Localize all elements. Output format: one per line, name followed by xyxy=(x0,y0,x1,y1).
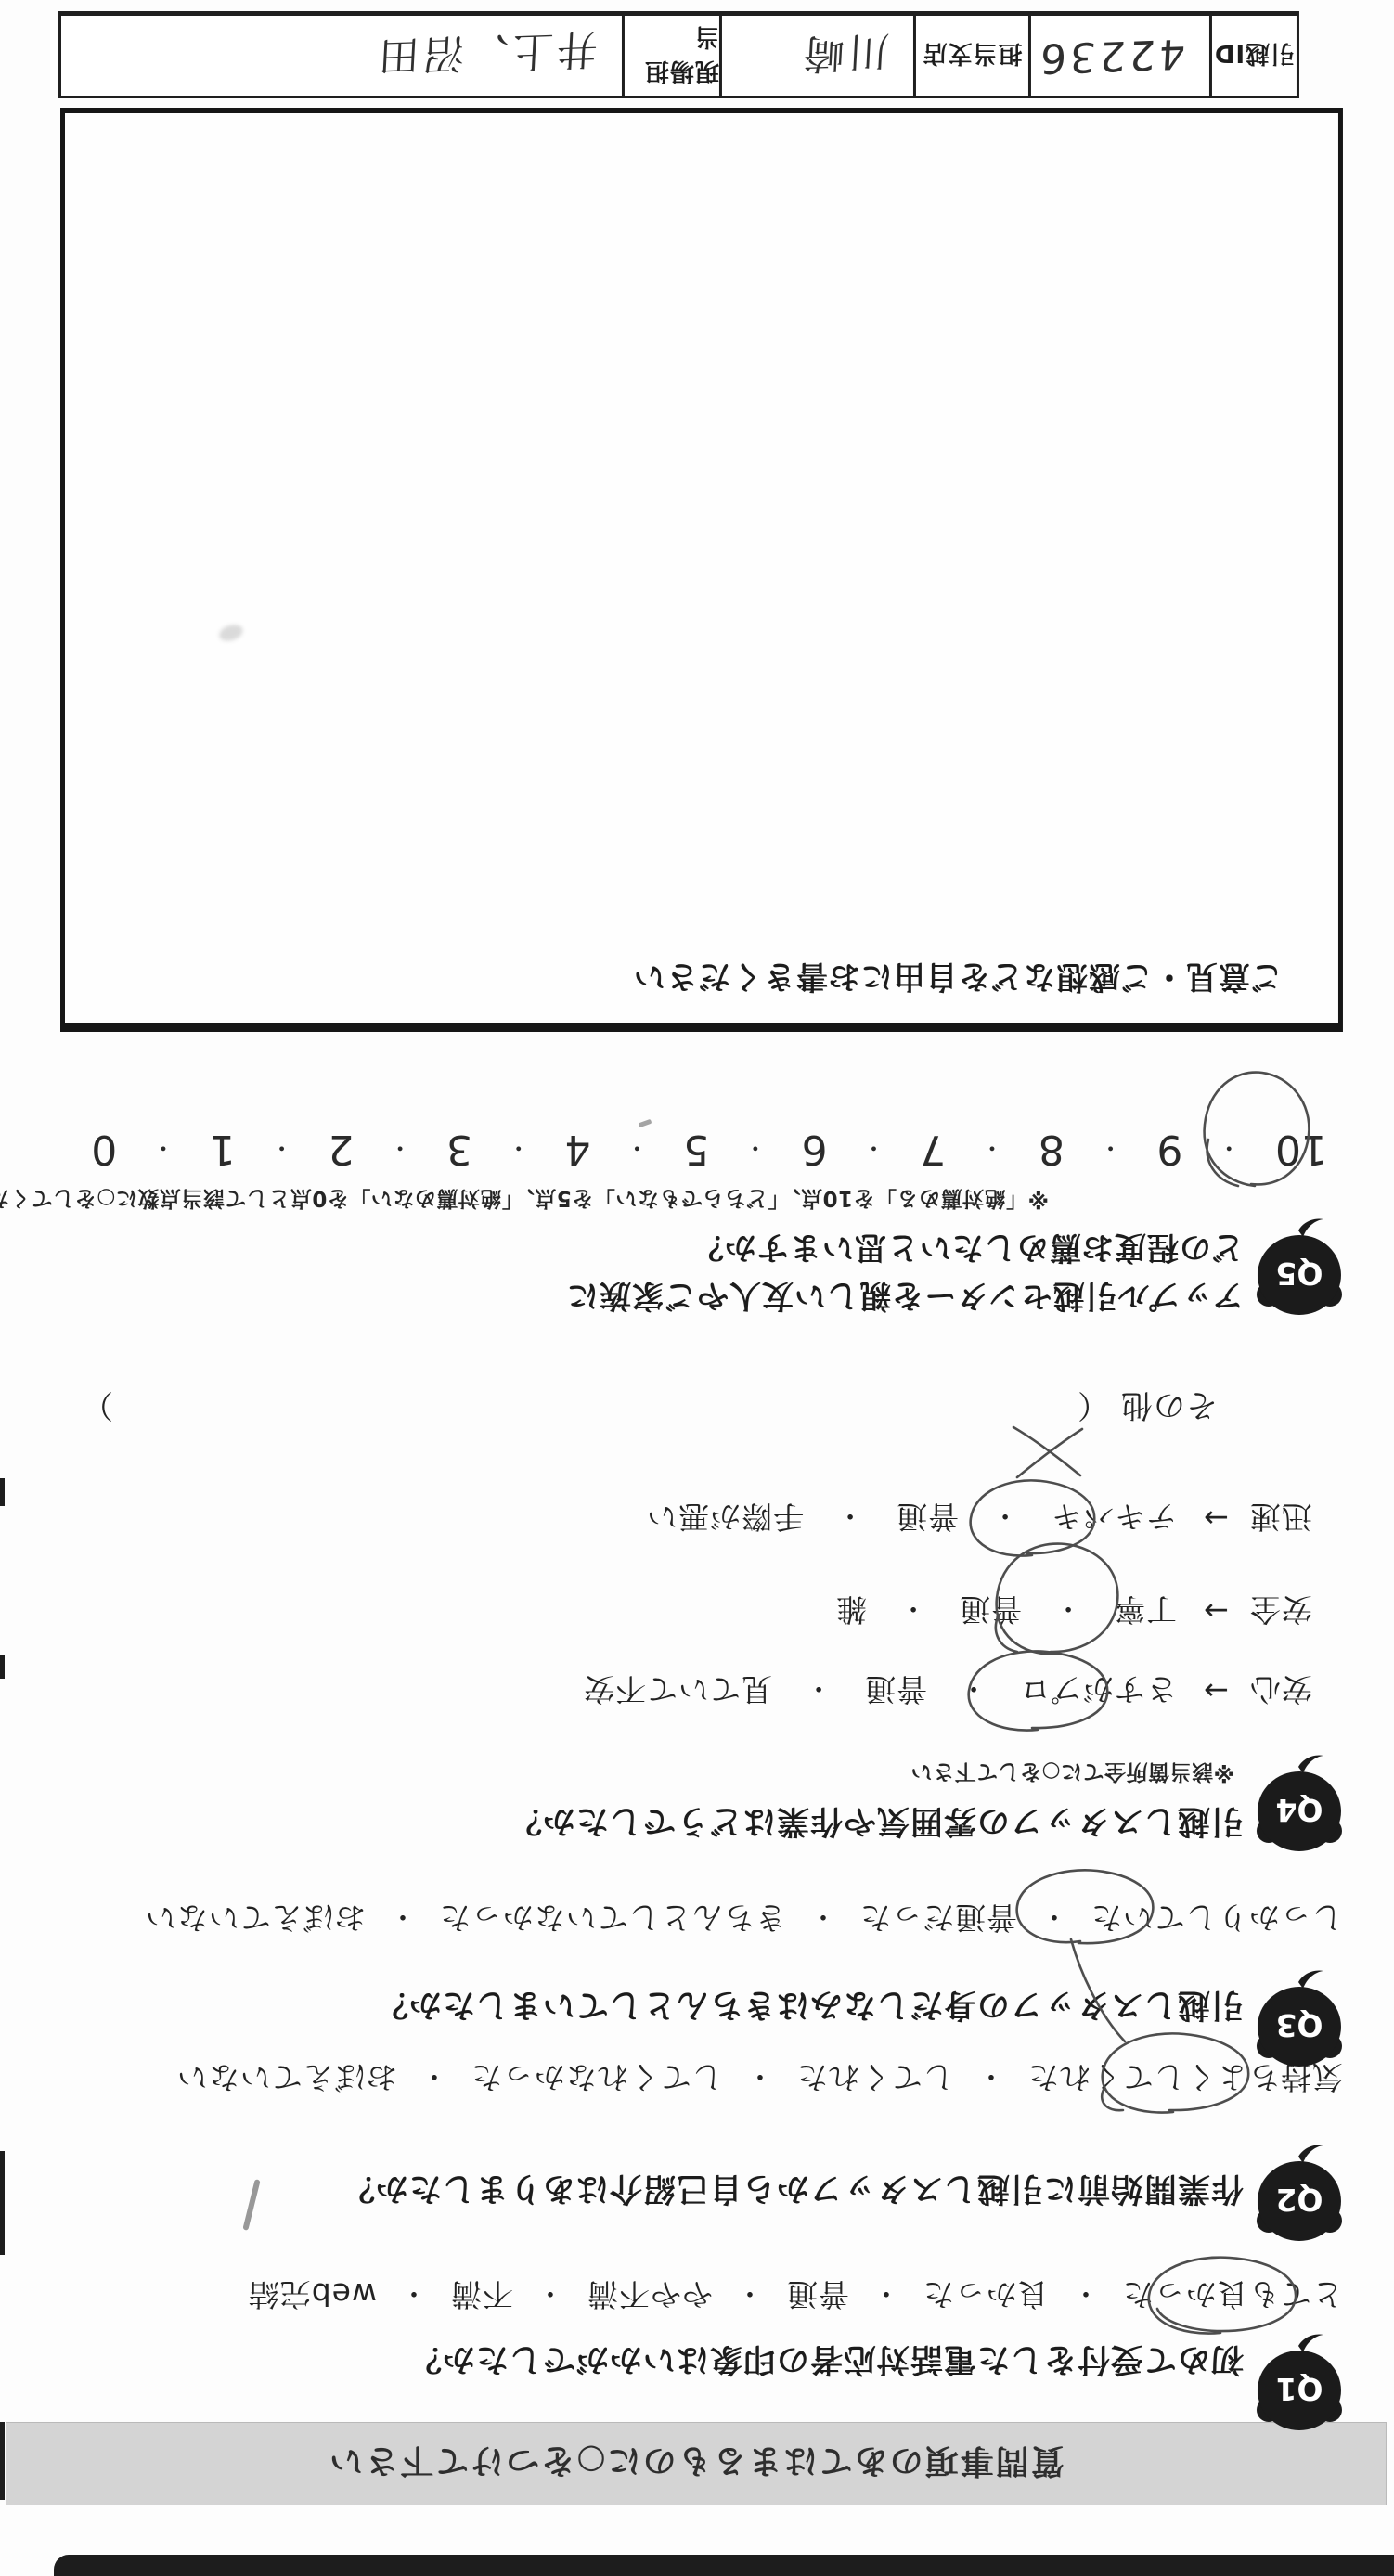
arrow-icon: → xyxy=(1203,1501,1229,1537)
separator-dot: ・ xyxy=(270,1132,294,1166)
q4-option: 普通 xyxy=(896,1497,959,1540)
q4-other-row: その他 （ ） xyxy=(81,1385,1218,1431)
q4-other-label: その他 xyxy=(1120,1386,1218,1423)
scale-value: 0 xyxy=(91,1126,117,1173)
separator-dot: ・ xyxy=(976,2059,1005,2100)
scale-value: 2 xyxy=(328,1126,354,1173)
q1-badge-label: Q1 xyxy=(1275,2371,1323,2407)
scale-value: 3 xyxy=(446,1126,472,1173)
move-id-value: 42236 xyxy=(1031,16,1212,96)
q4-row-label: 安全 xyxy=(1249,1590,1312,1633)
separator-dot: ・ xyxy=(735,2276,764,2317)
q1-option: web完結 xyxy=(248,2274,377,2318)
q2-badge-label: Q2 xyxy=(1275,2182,1323,2218)
scale-value: 1 xyxy=(210,1126,236,1173)
separator-dot: ・ xyxy=(835,1499,864,1539)
instruction-text: 質問事項のあてはまるものに○をつけて下さい xyxy=(328,2441,1064,2488)
mascot-badge-icon: Q3 xyxy=(1253,1967,1346,2071)
paper-content-rotated: 質問事項のあてはまるものに○をつけて下さい Q1 初めて受付をした電話対応者の印… xyxy=(0,0,1394,2576)
q4-row-anshin: 安心 → さすがプロ ・ 普通 ・ 見ていて不安 xyxy=(583,1669,1312,1713)
separator-dot: ・ xyxy=(871,2276,900,2317)
separator-dot: ・ xyxy=(743,1132,768,1166)
crew-label: 現場担当 xyxy=(625,16,722,96)
scale-value: 8 xyxy=(1039,1126,1065,1173)
arrow-icon: → xyxy=(1203,1594,1229,1629)
separator-dot: ・ xyxy=(399,2276,428,2317)
q1-option: 良かった xyxy=(923,2274,1049,2318)
q2-badge: Q2 xyxy=(1253,2142,1346,2246)
crew-value: 井上、沼田 xyxy=(61,16,625,96)
mascot-badge-icon: Q5 xyxy=(1253,1216,1346,1320)
q1-answer-circle xyxy=(1139,2251,1306,2340)
scale-answer-circle xyxy=(1197,1063,1320,1195)
q2-option: してくれた xyxy=(796,2057,954,2101)
q4-row-label: 迅速 xyxy=(1249,1497,1312,1540)
separator-dot: ・ xyxy=(808,1900,837,1940)
q3-option: 普通だった xyxy=(859,1898,1017,1941)
q1-option: やや不満 xyxy=(587,2274,713,2318)
mascot-badge-icon: Q4 xyxy=(1253,1752,1346,1856)
q5-title-line2: どの程度お薦めしたいと思いますか？ xyxy=(691,1228,1244,1273)
scale-value: 9 xyxy=(1156,1126,1182,1173)
scale-value: 6 xyxy=(802,1126,828,1173)
separator-dot: ・ xyxy=(898,1591,927,1632)
separator-dot: ・ xyxy=(388,1900,417,1940)
scanned-questionnaire: 質問事項のあてはまるものに○をつけて下さい Q1 初めて受付をした電話対応者の印… xyxy=(0,0,1394,2576)
branch-value: 川崎 xyxy=(722,16,916,96)
q4-option: 手際が悪い xyxy=(646,1497,804,1540)
pen-x-mark xyxy=(1009,1423,1088,1481)
comment-box: ご意見・ご感想などを自由にお書きください xyxy=(60,108,1343,1032)
handwritten-branch: 川崎 xyxy=(798,24,914,87)
q4-badge: Q4 xyxy=(1253,1752,1346,1856)
mascot-badge-icon: Q2 xyxy=(1253,2142,1346,2246)
q3-badge: Q3 xyxy=(1253,1967,1346,2071)
scale-value: 7 xyxy=(920,1126,946,1173)
q3-answer-circle xyxy=(997,1865,1182,2051)
q2-option: おぼえていない xyxy=(176,2057,397,2101)
separator-dot: ・ xyxy=(536,2276,564,2317)
separator-dot: ・ xyxy=(861,1132,885,1166)
q2-option: してくれなかった xyxy=(471,2057,723,2101)
q5-badge: Q5 xyxy=(1253,1216,1346,1320)
q1-title: 初めて受付をした電話対応者の印象はいかがでしたか？ xyxy=(408,2338,1244,2385)
separator-dot: ・ xyxy=(745,2059,774,2100)
move-id-label: 引越ID xyxy=(1212,16,1297,96)
q4-option: 見ていて不安 xyxy=(583,1669,772,1713)
open-paren: （ xyxy=(1077,1386,1109,1423)
q1-option: 普通 xyxy=(786,2274,849,2318)
separator-dot: ・ xyxy=(507,1132,531,1166)
q1-option: 不満 xyxy=(450,2274,513,2318)
separator-dot: ・ xyxy=(1071,2276,1100,2317)
separator-dot: ・ xyxy=(388,1132,412,1166)
handwritten-move-id: 42236 xyxy=(1036,29,1211,83)
separator-dot: ・ xyxy=(419,2059,448,2100)
separator-dot: ・ xyxy=(625,1132,649,1166)
q1-badge: Q1 xyxy=(1253,2331,1346,2435)
scale-value: 4 xyxy=(565,1126,591,1173)
q4-row-label: 安心 xyxy=(1249,1669,1312,1713)
q5-title-line1: アップル引越センターを親しい友人やご家族に xyxy=(566,1276,1244,1321)
separator-dot: ・ xyxy=(1099,1132,1123,1166)
q4-note: ※該当箇所全てに○をして下さい xyxy=(910,1758,1234,1789)
nps-scale: 10 ・ 9 ・ 8 ・ 7 ・ 6 ・ 5 ・ 4 ・ 3 ・ 2 ・ 1 ・… xyxy=(91,1126,1327,1173)
q3-badge-label: Q3 xyxy=(1275,2007,1323,2043)
q4-option: 雑 xyxy=(835,1590,867,1633)
handwritten-crew-names: 井上、沼田 xyxy=(373,21,623,89)
separator-dot: ・ xyxy=(151,1132,175,1166)
separator-dot: ・ xyxy=(980,1132,1004,1166)
q4-title: 引越しスタッフの雰囲気や作業はどうでしたか？ xyxy=(509,1800,1244,1847)
mascot-badge-icon: Q1 xyxy=(1253,2331,1346,2435)
q4-option: 普通 xyxy=(864,1669,927,1713)
scan-smudge xyxy=(217,622,245,643)
q2-title: 作業開始前に引越しスタッフから自己紹介はありましたか？ xyxy=(342,2168,1244,2214)
q4-badge-label: Q4 xyxy=(1275,1792,1323,1828)
q5-note: ※「絶対薦める」を10点、「どちらでもない」を5点、「絶対薦めない」を0点として… xyxy=(0,1185,1049,1216)
q3-option: きちんとしていなかった xyxy=(439,1898,786,1941)
instruction-bar: 質問事項のあてはまるものに○をつけて下さい xyxy=(6,2422,1387,2505)
separator-dot: ・ xyxy=(804,1671,833,1712)
q4-other-open: その他 （ xyxy=(1077,1385,1218,1431)
q3-option: おぼえていない xyxy=(145,1898,366,1941)
close-paren: ） xyxy=(81,1385,113,1431)
branch-label: 担当支店 xyxy=(916,16,1031,96)
staff-info-table: 引越ID 42236 担当支店 川崎 現場担当 井上、沼田 xyxy=(58,11,1299,98)
scale-value: 5 xyxy=(683,1126,709,1173)
comment-box-label: ご意見・ご感想などを自由にお書きください xyxy=(633,957,1283,1002)
arrow-icon: → xyxy=(1203,1674,1229,1709)
q5-badge-label: Q5 xyxy=(1275,1256,1323,1292)
q4-jinsoku-answer-circle xyxy=(961,1468,1104,1565)
